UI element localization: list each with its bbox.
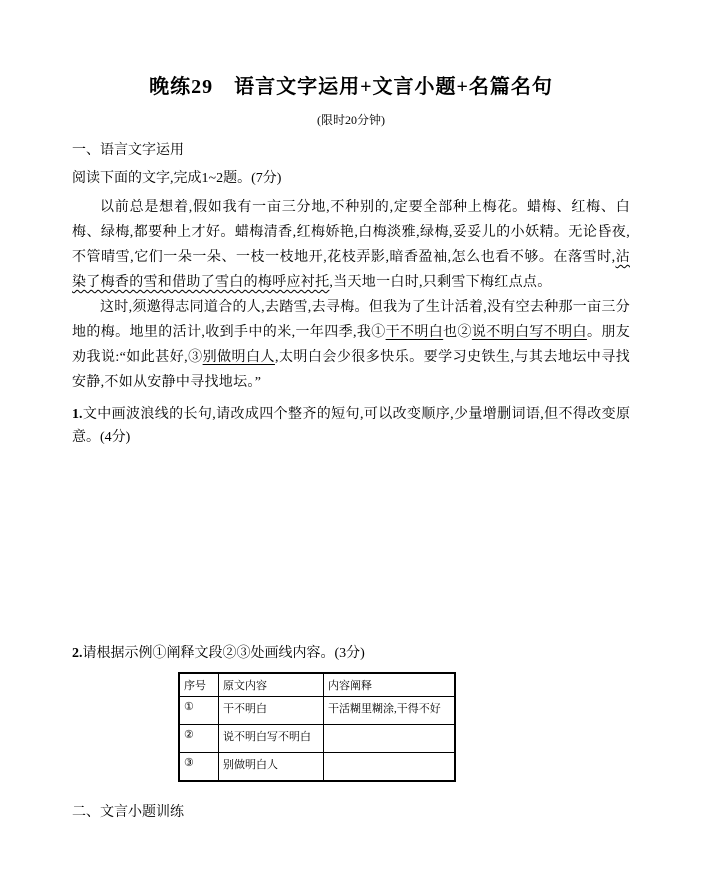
table-header-cell: 序号	[179, 673, 219, 697]
passage: 以前总是想着,假如我有一亩三分地,不种别的,定要全部种上梅花。蜡梅、红梅、白梅、…	[72, 195, 630, 395]
page-content: 晚练29 语言文字运用+文言小题+名篇名句 (限时20分钟) 一、语言文字运用 …	[72, 74, 630, 822]
table-cell: 别做明白人	[219, 753, 324, 782]
question-2-number: 2.	[72, 646, 83, 661]
table-cell: ②	[179, 725, 219, 753]
passage-text: 也②	[443, 325, 472, 340]
answer-space	[72, 449, 630, 634]
question-1: 1.文中画波浪线的长句,请改成四个整齐的短句,可以改变顺序,少量增删词语,但不得…	[72, 403, 630, 449]
underlined-text: 别做明白人	[203, 350, 275, 365]
table-cell: ①	[179, 697, 219, 725]
section-two-heading: 二、文言小题训练	[72, 804, 630, 822]
answer-table: 序号原文内容内容阐释①干不明白干活糊里糊涂,干得不好②说不明白写不明白③别做明白…	[178, 672, 456, 782]
table-header-row: 序号原文内容内容阐释	[179, 673, 455, 697]
table-header-cell: 原文内容	[219, 673, 324, 697]
table-cell	[324, 725, 456, 753]
worksheet-page: 晚练29 语言文字运用+文言小题+名篇名句 (限时20分钟) 一、语言文字运用 …	[0, 0, 701, 878]
table-row: ①干不明白干活糊里糊涂,干得不好	[179, 697, 455, 725]
underlined-text: 说不明白写不明白	[472, 325, 587, 340]
table-cell: ③	[179, 753, 219, 782]
passage-text: 以前总是想着,假如我有一亩三分地,不种别的,定要全部种上梅花。蜡梅、红梅、白梅、…	[72, 200, 630, 265]
question-2-text: 请根据示例①阐释文段②③处画线内容。(3分)	[83, 646, 365, 661]
table-header-cell: 内容阐释	[324, 673, 456, 697]
table-cell: 说不明白写不明白	[219, 725, 324, 753]
underlined-text: 干不明白	[386, 325, 444, 340]
table-cell: 干活糊里糊涂,干得不好	[324, 697, 456, 725]
question-1-number: 1.	[72, 407, 83, 422]
table-cell	[324, 753, 456, 782]
table-row: ③别做明白人	[179, 753, 455, 782]
section-one-heading: 一、语言文字运用	[72, 142, 630, 160]
question-2: 2.请根据示例①阐释文段②③处画线内容。(3分)	[72, 642, 630, 665]
table-row: ②说不明白写不明白	[179, 725, 455, 753]
time-limit: (限时20分钟)	[72, 112, 630, 128]
answer-table-wrap: 序号原文内容内容阐释①干不明白干活糊里糊涂,干得不好②说不明白写不明白③别做明白…	[178, 672, 630, 782]
table-cell: 干不明白	[219, 697, 324, 725]
passage-text: ,当天地一白时,只剩雪下梅红点点。	[329, 275, 551, 290]
reading-instruction: 阅读下面的文字,完成1~2题。(7分)	[72, 170, 630, 188]
question-1-text: 文中画波浪线的长句,请改成四个整齐的短句,可以改变顺序,少量增删词语,但不得改变…	[72, 407, 630, 445]
passage-paragraph: 这时,须邀得志同道合的人,去踏雪,去寻梅。但我为了生计活着,没有空去种那一亩三分…	[72, 295, 630, 395]
passage-paragraph: 以前总是想着,假如我有一亩三分地,不种别的,定要全部种上梅花。蜡梅、红梅、白梅、…	[72, 195, 630, 295]
doc-title: 晚练29 语言文字运用+文言小题+名篇名句	[72, 74, 630, 100]
